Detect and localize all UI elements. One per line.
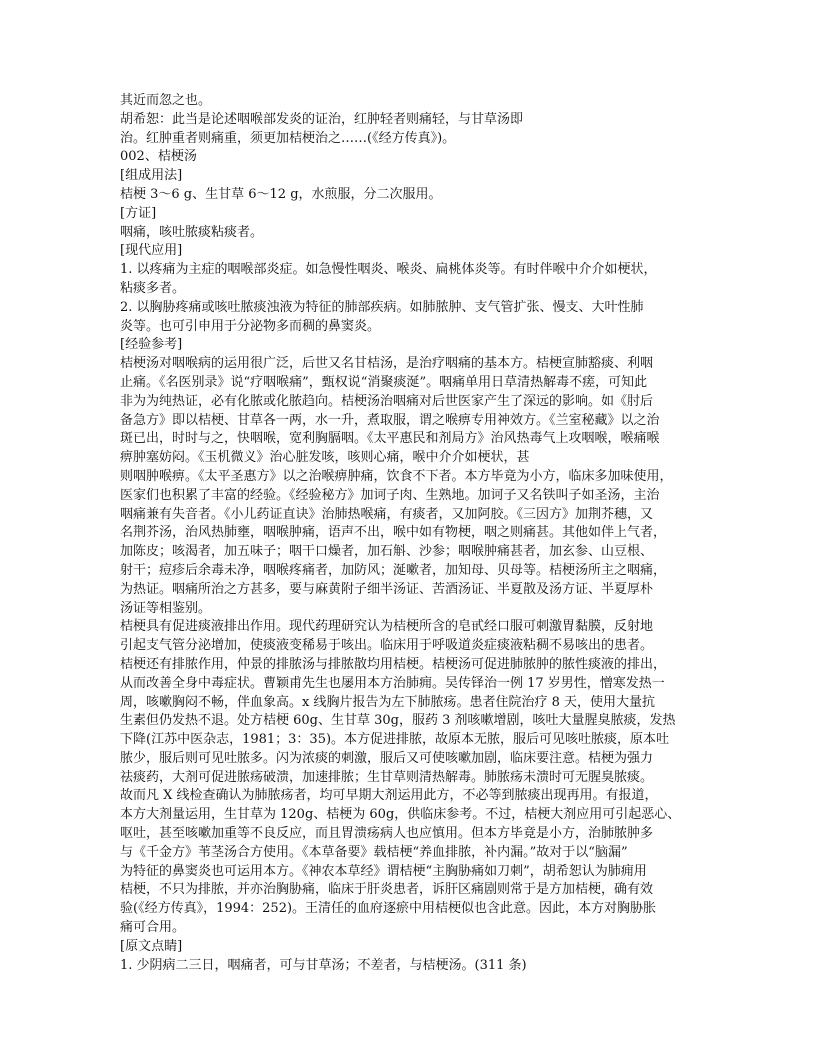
composition-text: 桔梗 3～6 g、生甘草 6～12 g，水煎服，分二次服用。	[120, 186, 697, 205]
text-line: 下降(江苏中医杂志，1981；3：35)。本方促进排脓，故原本无脓，服后可见咳吐…	[120, 731, 697, 750]
text-line: 射干；痘疹后余毒未净，咽喉疼痛者，加防风；涎嗽者，加知母、贝母等。桔梗汤所主之咽…	[120, 562, 697, 581]
text-line: 痛可合用。	[120, 919, 697, 938]
text-line: 炎等。也可引申用于分泌物多而稠的鼻窦炎。	[120, 318, 697, 337]
text-line: 2. 以胸胁疼痛或咳吐脓痰浊液为特征的肺部疾病。如肺脓肿、支气管扩张、慢支、大叶…	[120, 299, 697, 318]
text-line: 呕吐，甚至咳嗽加重等不良反应，而且胃溃疡病人也应慎用。但本方毕竟是小方，治肺脓肿…	[120, 825, 697, 844]
document-page: 其近而忽之也。 胡希恕：此当是论述咽喉部发炎的证治，红肿轻者则痛轻，与甘草汤即 …	[120, 92, 697, 975]
text-line: 非为为纯热证，必有化脓或化脓趋向。桔梗汤治咽痛对后世医家产生了深远的影响。如《肘…	[120, 393, 697, 412]
commentary-line-1: 胡希恕：此当是论述咽喉部发炎的证治，红肿轻者则痛轻，与甘草汤即	[120, 111, 697, 130]
text-line: 脓少，服后则可见吐脓多。闪为浓痰的刺激，服后又可使咳嗽加剧，临床要注意。桔梗为强…	[120, 750, 697, 769]
text-line: 备急方》即以桔梗、甘草各一两，水一升，煮取服，谓之喉痹专用神效方。《兰室秘藏》以…	[120, 412, 697, 431]
original-text: 1. 少阴病二三日，咽痛者，可与甘草汤；不差者，与桔梗汤。(311 条)	[120, 957, 697, 976]
text-line: 医家们也积累了丰富的经验。《经验秘方》加诃子肉、生熟地。加诃子又名铁叫子如圣汤，…	[120, 487, 697, 506]
indication-text: 咽痛，咳吐脓痰粘痰者。	[120, 224, 697, 243]
text-line: 咽痛兼有失音者。《小儿药证直诀》治肺热喉痛，有痰者，又加阿胶。《三因方》加荆芥穗…	[120, 506, 697, 525]
text-line: 祛痰药，大剂可促进脓疡破溃，加速排脓；生甘草则清热解毒。肺脓疡未溃时可无腥臭脓痰…	[120, 769, 697, 788]
text-line: 汤证等相鉴别。	[120, 600, 697, 619]
text-line: 桔梗，不只为排脓，并亦治胸胁痛，临床于肝炎患者，诉肝区痛剧则常于是方加桔梗，确有…	[120, 881, 697, 900]
text-line: 则咽肿喉痹。《太平圣惠方》以之治喉痹肿痛，饮食不下者。本方毕竟为小方，临床多加味…	[120, 468, 697, 487]
text-line: 桔梗汤对咽喉病的运用很广泛，后世又名甘桔汤，是治疗咽痛的基本方。桔梗宣肺豁痰、利…	[120, 355, 697, 374]
text-line: 周，咳嗽胸闷不畅，伴血象高。x 线胸片报告为左下肺脓疡。患者住院治疗 8 天，使…	[120, 694, 697, 713]
text-line: 从而改善全身中毒症状。曹颖甫先生也屡用本方治肺痈。吴传铎治一例 17 岁男性，憎…	[120, 675, 697, 694]
text-line: 引起支气管分泌增加，使痰液变稀易于咳出。临床用于呼吸道炎症痰液粘稠不易咳出的患者…	[120, 637, 697, 656]
section-label-indication: [方证]	[120, 205, 697, 224]
text-line: 粘痰多者。	[120, 280, 697, 299]
text-line: 名荆芥汤，治风热肺壅，咽喉肿痛，语声不出，喉中如有物梗，咽之则痛甚。其他如伴上气…	[120, 524, 697, 543]
text-line: 痹肿塞妨闷。《玉机微义》治心脏发咳，咳则心痛，喉中介介如梗状，甚	[120, 449, 697, 468]
commentary-line-2: 治。红肿重者则痛重，须更加桔梗治之……(《经方传真》)。	[120, 130, 697, 149]
text-line: 桔梗还有排脓作用，仲景的排脓汤与排脓散均用桔梗。桔梗汤可促进肺脓肿的脓性痰液的排…	[120, 656, 697, 675]
text-line: 与《千金方》苇茎汤合方使用。《本草备要》载桔梗“养血排脓，补内漏。”故对于以“脑…	[120, 844, 697, 863]
text-line: 加陈皮；咳渴者，加五味子；咽干口燥者，加石斛、沙参；咽喉肿痛甚者，加玄参、山豆根…	[120, 543, 697, 562]
text-line: 斑已出，时时与之，快咽喉，宽利胸膈咽。《太平惠民和剂局方》治风热毒气上攻咽喉，喉…	[120, 430, 697, 449]
modern-item-1: 1. 以疼痛为主症的咽喉部炎症。如急慢性咽炎、喉炎、扁桃体炎等。有时伴喉中介介如…	[120, 261, 697, 299]
text-line: 本方大剂量运用，生甘草为 120g、桔梗为 60g，供临床参考。不过，桔梗大剂应…	[120, 806, 697, 825]
modern-item-2: 2. 以胸胁疼痛或咳吐脓痰浊液为特征的肺部疾病。如肺脓肿、支气管扩张、慢支、大叶…	[120, 299, 697, 337]
text-line: 生素但仍发热不退。处方桔梗 60g、生甘草 30g，服药 3 剂咳嗽增剧，咳吐大…	[120, 712, 697, 731]
text-line: 为热证。咽痛所治之方甚多，要与麻黄附子细半汤证、苦酒汤证、半夏散及汤方证、半夏厚…	[120, 581, 697, 600]
text-line: 止痛。《名医别录》说“疗咽喉痛”，甄权说“消聚痰涎”。咽痛单用日草清热解毒不瘥，…	[120, 374, 697, 393]
text-line: 故而凡 X 线检查确认为肺脓疡者，均可早期大剂运用此方，不必等到脓痰出现再用。有…	[120, 787, 697, 806]
section-label-modern: [现代应用]	[120, 242, 697, 261]
section-label-original: [原文点睛]	[120, 938, 697, 957]
experience-paragraph-2: 桔梗具有促进痰液排出作用。现代药理研究认为桔梗所含的皂甙经口服可刺激胃黏膜，反射…	[120, 618, 697, 938]
experience-paragraph-1: 桔梗汤对咽喉病的运用很广泛，后世又名甘桔汤，是治疗咽痛的基本方。桔梗宣肺豁痰、利…	[120, 355, 697, 618]
section-label-composition: [组成用法]	[120, 167, 697, 186]
text-line: 验(《经方传真》，1994：252)。王清任的血府逐瘀中用桔梗似也含此意。因此，…	[120, 900, 697, 919]
intro-line: 其近而忽之也。	[120, 92, 697, 111]
text-line: 为特征的鼻窦炎也可运用本方。《神农本草经》谓桔梗“主胸胁痛如刀刺”，胡希恕认为肺…	[120, 863, 697, 882]
formula-title: 002、桔梗汤	[120, 148, 697, 167]
text-line: 1. 以疼痛为主症的咽喉部炎症。如急慢性咽炎、喉炎、扁桃体炎等。有时伴喉中介介如…	[120, 261, 697, 280]
section-label-experience: [经验参考]	[120, 336, 697, 355]
text-line: 桔梗具有促进痰液排出作用。现代药理研究认为桔梗所含的皂甙经口服可刺激胃黏膜，反射…	[120, 618, 697, 637]
